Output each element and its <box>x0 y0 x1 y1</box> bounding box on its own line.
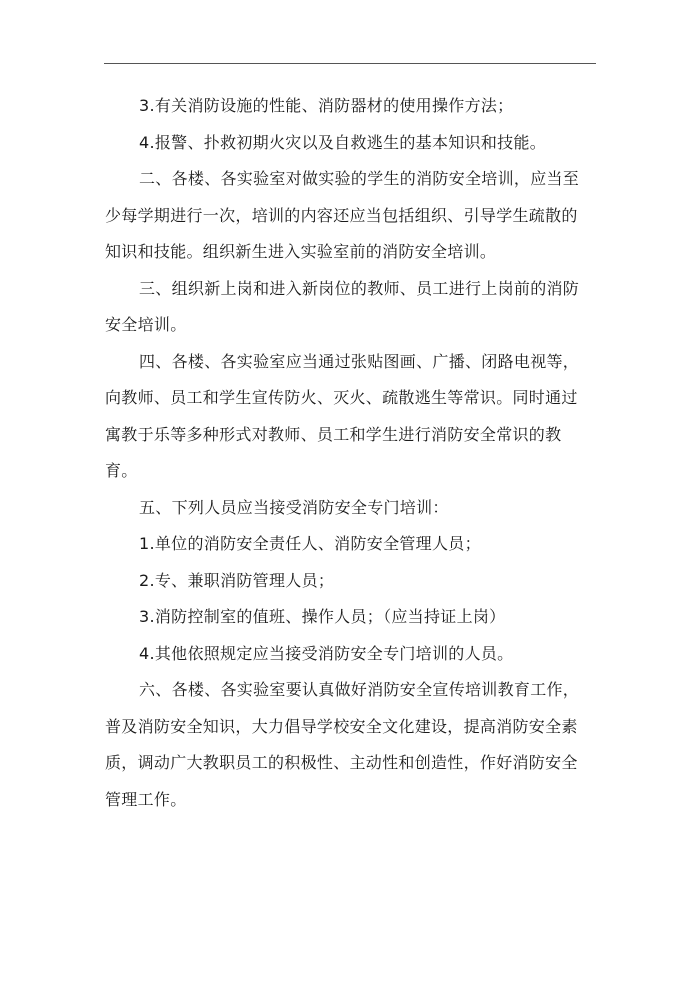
list-item-control-room-staff: 3.消防控制室的值班、操作人员；（应当持证上岗） <box>105 599 595 636</box>
text-line: 向教师、员工和学生宣传防火、灭火、疏散逃生等常识。同时通过 <box>105 380 595 417</box>
text-line: 安全培训。 <box>105 307 595 344</box>
list-item-other-persons: 4.其他依照规定应当接受消防安全专门培训的人员。 <box>105 636 595 673</box>
text-line: 3.有关消防设施的性能、消防器材的使用操作方法； <box>105 88 595 125</box>
paragraph-section-2-student-training: 二、各楼、各实验室对做实验的学生的消防安全培训，应当至 少每学期进行一次，培训的… <box>105 161 595 271</box>
text-line: 2.专、兼职消防管理人员； <box>105 563 595 600</box>
header-rule-divider <box>104 63 596 64</box>
text-line: 1.单位的消防安全责任人、消防安全管理人员； <box>105 526 595 563</box>
text-line: 4.报警、扑救初期火灾以及自救逃生的基本知识和技能。 <box>105 125 595 162</box>
list-item-alarm-skills: 4.报警、扑救初期火灾以及自救逃生的基本知识和技能。 <box>105 125 595 162</box>
text-line: 四、各楼、各实验室应当通过张贴图画、广播、闭路电视等， <box>105 344 595 381</box>
text-line: 五、下列人员应当接受消防安全专门培训： <box>105 490 595 527</box>
text-line: 三、组织新上岗和进入新岗位的教师、员工进行上岗前的消防 <box>105 271 595 308</box>
text-line: 知识和技能。组织新生进入实验室前的消防安全培训。 <box>105 234 595 271</box>
list-item-facilities-operation: 3.有关消防设施的性能、消防器材的使用操作方法； <box>105 88 595 125</box>
document-body: 3.有关消防设施的性能、消防器材的使用操作方法； 4.报警、扑救初期火灾以及自救… <box>105 88 595 818</box>
text-line: 普及消防安全知识，大力倡导学校安全文化建设，提高消防安全素 <box>105 709 595 746</box>
text-line: 寓教于乐等多种形式对教师、员工和学生进行消防安全常识的教 <box>105 417 595 454</box>
list-item-fire-managers: 2.专、兼职消防管理人员； <box>105 563 595 600</box>
text-line: 质，调动广大教职员工的积极性、主动性和创造性，作好消防安全 <box>105 745 595 782</box>
paragraph-section-3-new-staff-training: 三、组织新上岗和进入新岗位的教师、员工进行上岗前的消防 安全培训。 <box>105 271 595 344</box>
text-line: 二、各楼、各实验室对做实验的学生的消防安全培训，应当至 <box>105 161 595 198</box>
text-line: 3.消防控制室的值班、操作人员；（应当持证上岗） <box>105 599 595 636</box>
text-line: 六、各楼、各实验室要认真做好消防安全宣传培训教育工作， <box>105 672 595 709</box>
text-line: 育。 <box>105 453 595 490</box>
text-line: 4.其他依照规定应当接受消防安全专门培训的人员。 <box>105 636 595 673</box>
text-line: 管理工作。 <box>105 782 595 819</box>
paragraph-section-5-special-training: 五、下列人员应当接受消防安全专门培训： <box>105 490 595 527</box>
list-item-responsible-persons: 1.单位的消防安全责任人、消防安全管理人员； <box>105 526 595 563</box>
text-line: 少每学期进行一次，培训的内容还应当包括组织、引导学生疏散的 <box>105 198 595 235</box>
paragraph-section-6-safety-culture: 六、各楼、各实验室要认真做好消防安全宣传培训教育工作， 普及消防安全知识，大力倡… <box>105 672 595 818</box>
document-page: 3.有关消防设施的性能、消防器材的使用操作方法； 4.报警、扑救初期火灾以及自救… <box>0 0 700 990</box>
paragraph-section-4-publicity: 四、各楼、各实验室应当通过张贴图画、广播、闭路电视等， 向教师、员工和学生宣传防… <box>105 344 595 490</box>
